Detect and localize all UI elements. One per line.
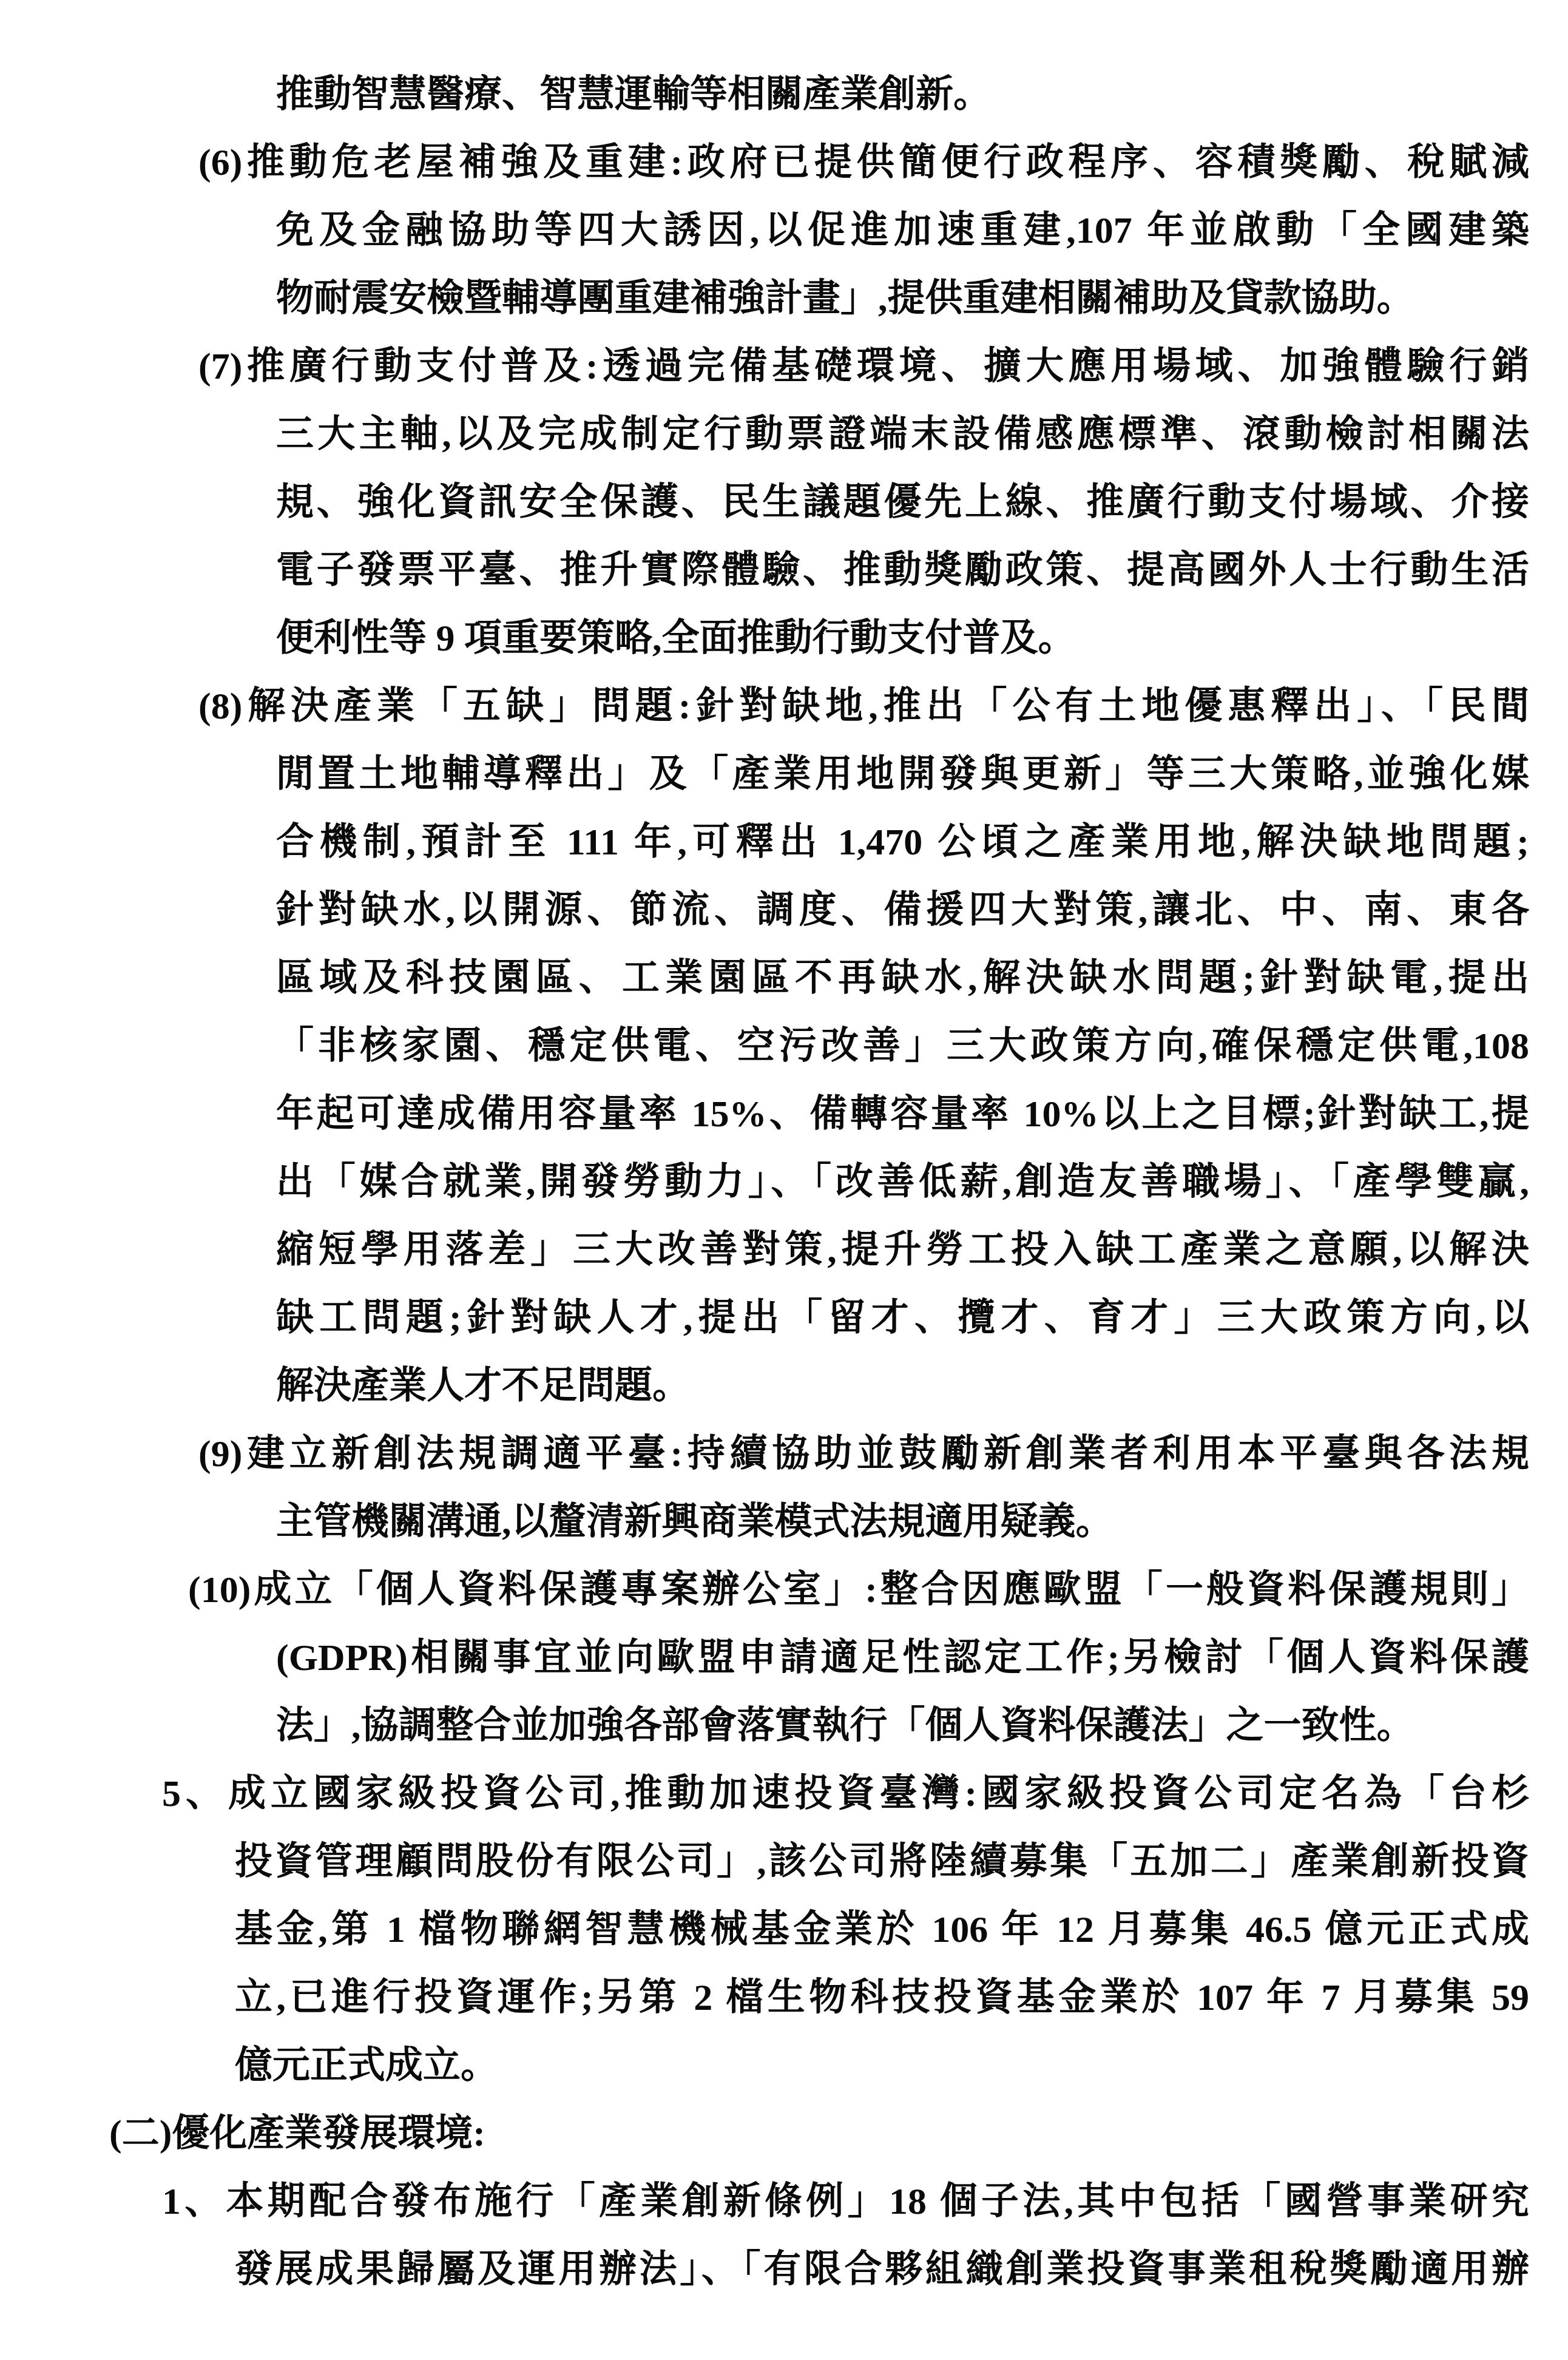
text-line: 區域及科技園區、工業園區不再缺水,解決缺水問題;針對缺電,提出: [276, 944, 1529, 1012]
document-page: 推動智慧醫療、智慧運輸等相關產業創新。 (6)推動危老屋補強及重建:政府已提供簡…: [0, 0, 1568, 2360]
text-line: 針對缺水,以開源、節流、調度、備援四大對策,讓北、中、南、東各: [276, 876, 1529, 944]
text-line: 縮短學用落差」三大改善對策,提升勞工投入缺工產業之意願,以解決: [276, 1216, 1529, 1284]
section-heading: (二)優化產業發展環境:: [109, 2100, 1529, 2168]
text-line: 年起可達成備用容量率 15%、備轉容量率 10%以上之目標;針對缺工,提: [276, 1080, 1529, 1148]
text-line: (7)推廣行動支付普及:透過完備基礎環境、擴大應用場域、加強體驗行銷: [198, 333, 1529, 401]
text-line: (9)建立新創法規調適平臺:持續協助並鼓勵新創業者利用本平臺與各法規: [198, 1420, 1529, 1488]
text-line: 電子發票平臺、推升實際體驗、推動獎勵政策、提高國外人士行動生活: [276, 536, 1529, 604]
text-line: 基金,第 1 檔物聯網智慧機械基金業於 106 年 12 月募集 46.5 億元…: [235, 1896, 1529, 1964]
text-line: 閒置土地輔導釋出」及「產業用地開發與更新」等三大策略,並強化媒: [276, 740, 1529, 808]
text-line: 出「媒合就業,開發勞動力」、「改善低薪,創造友善職場」、「產學雙贏,: [276, 1148, 1529, 1216]
text-line: 免及金融協助等四大誘因,以促進加速重建,107 年並啟動「全國建築: [276, 197, 1529, 265]
text-line: 合機制,預計至 111 年,可釋出 1,470 公頃之產業用地,解決缺地問題;: [276, 808, 1529, 876]
text-line: 推動智慧醫療、智慧運輸等相關產業創新。: [276, 61, 1529, 129]
text-line: 缺工問題;針對缺人才,提出「留才、攬才、育才」三大政策方向,以: [276, 1284, 1529, 1352]
text-line: 法」,協調整合並加強各部會落實執行「個人資料保護法」之一致性。: [276, 1692, 1529, 1760]
text-line: (8)解決產業「五缺」問題:針對缺地,推出「公有土地優惠釋出」、「民間: [198, 672, 1529, 740]
text-line: (10)成立「個人資料保護專案辦公室」:整合因應歐盟「一般資料保護規則」: [188, 1556, 1529, 1624]
text-line: (6)推動危老屋補強及重建:政府已提供簡便行政程序、容積獎勵、稅賦減: [198, 129, 1529, 197]
text-line: 投資管理顧問股份有限公司」,該公司將陸續募集「五加二」產業創新投資: [235, 1828, 1529, 1896]
text-line: 億元正式成立。: [235, 2032, 1529, 2100]
text-line: 便利性等 9 項重要策略,全面推動行動支付普及。: [276, 604, 1529, 672]
text-line: 5、成立國家級投資公司,推動加速投資臺灣:國家級投資公司定名為「台杉: [162, 1760, 1529, 1828]
text-line: 發展成果歸屬及運用辦法」、「有限合夥組織創業投資事業租稅獎勵適用辦: [235, 2236, 1529, 2304]
text-line: 解決產業人才不足問題。: [276, 1352, 1529, 1420]
text-line: 三大主軸,以及完成制定行動票證端末設備感應標準、滾動檢討相關法: [276, 401, 1529, 468]
text-line: 1、本期配合發布施行「產業創新條例」18 個子法,其中包括「國營事業研究: [162, 2168, 1529, 2236]
text-line: 「非核家園、穩定供電、空污改善」三大政策方向,確保穩定供電,108: [276, 1012, 1529, 1080]
text-line: 立,已進行投資運作;另第 2 檔生物科技投資基金業於 107 年 7 月募集 5…: [235, 1964, 1529, 2032]
text-line: 主管機關溝通,以釐清新興商業模式法規適用疑義。: [276, 1488, 1529, 1556]
text-line: (GDPR)相關事宜並向歐盟申請適足性認定工作;另檢討「個人資料保護: [276, 1624, 1529, 1692]
text-line: 規、強化資訊安全保護、民生議題優先上線、推廣行動支付場域、介接: [276, 468, 1529, 536]
text-line: 物耐震安檢暨輔導團重建補強計畫」,提供重建相關補助及貸款協助。: [276, 265, 1529, 333]
